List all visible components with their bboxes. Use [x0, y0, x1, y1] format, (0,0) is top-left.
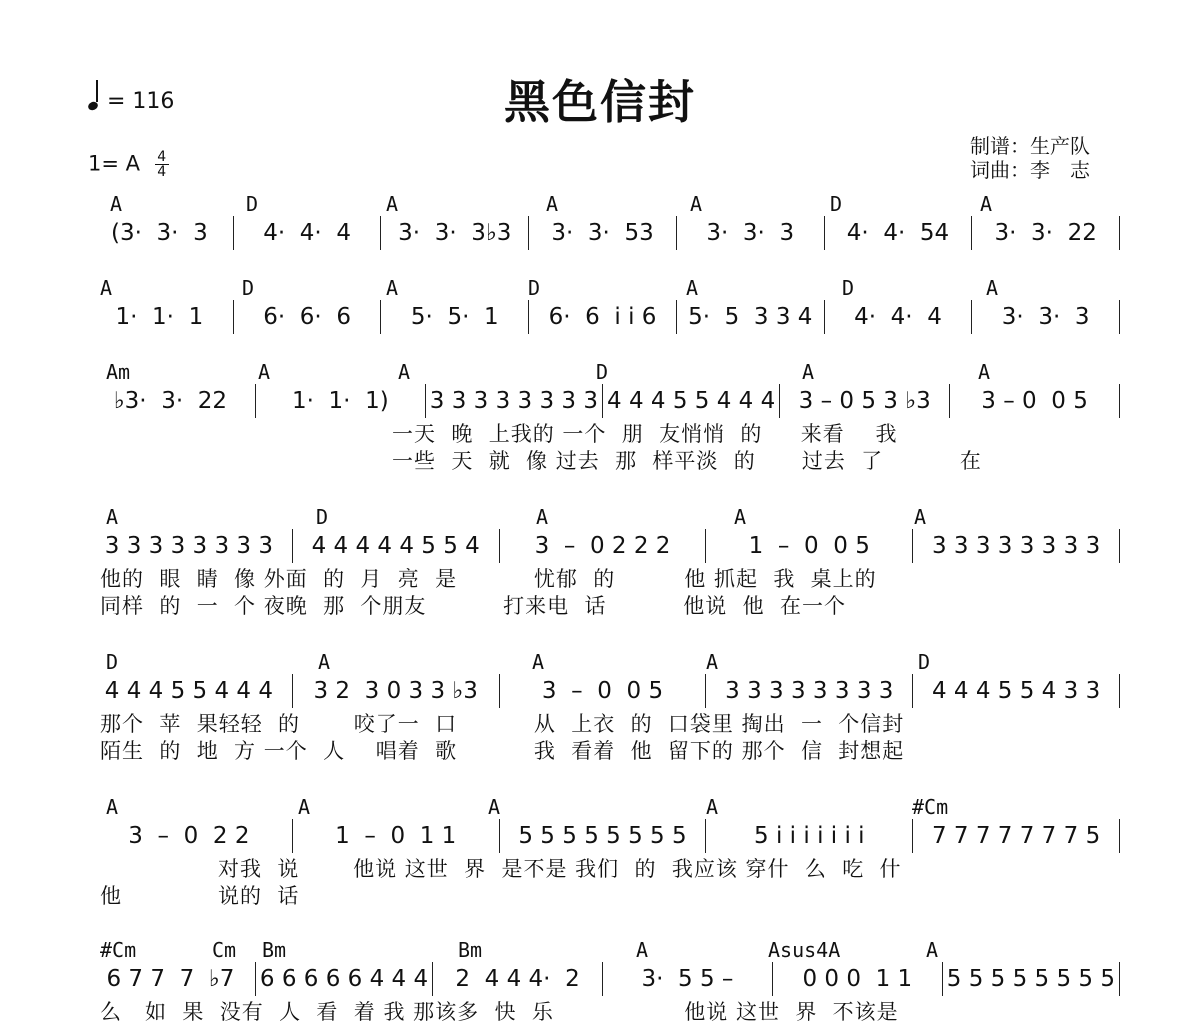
chord-symbol: #Cm	[912, 795, 948, 819]
measure: 3 3 3 3 3 3 3 3	[913, 529, 1120, 563]
score-line: ADAAA3 3 3 3 3 3 3 34 4 4 4 4 5 5 43 – 0…	[86, 505, 1120, 617]
measure: 3 – 0 0 5	[500, 674, 707, 708]
chord-symbol: A	[802, 360, 814, 384]
measure: 4 4 4 5 5 4 4 4	[86, 674, 293, 708]
score-line: #CmCmBmBmAAsus4AA6 7 7 7 ♭76 6 6 6 6 4 4…	[86, 938, 1120, 1023]
chord-symbol: A	[318, 650, 330, 674]
measure: 5 5 5 5 5 5 5 5	[500, 819, 707, 853]
measure: 5· 5· 1	[381, 300, 529, 334]
measure: 3· 3· 53	[529, 216, 677, 250]
chord-symbol: D	[596, 360, 608, 384]
chord-symbol: A	[536, 505, 548, 529]
measure: (3· 3· 3	[86, 216, 234, 250]
lyric-text: 对我 说 他说 这世 界 是不是 我们 的 我应该 穿什 么 吃 什	[218, 853, 902, 883]
chord-symbol: D	[918, 650, 930, 674]
measure: 6 7 7 7 ♭7	[86, 962, 256, 996]
measure: 1· 1· 1	[86, 300, 234, 334]
chord-symbol: Bm	[262, 938, 286, 962]
time-signature: 4 4	[155, 150, 169, 179]
lyric-text: 么 如 果 没有 人 看 着 我 那该多 快 乐 他说 这世 界 不该是	[100, 996, 899, 1026]
measure: 1 – 0 1 1	[293, 819, 500, 853]
credit-lyrics-music: 词曲：李 志	[970, 158, 1090, 182]
measure: 6 6 6 6 6 4 4 4	[256, 962, 433, 996]
chord-symbol: D	[246, 192, 258, 216]
lyrics-verse-2: 一些 天 就 像 过去 那 样平淡 的 过去 了 在	[86, 445, 1120, 472]
measure: 6· 6 i i 6	[529, 300, 677, 334]
lyric-text: 一天 晚 上我的 一个 朋 友悄悄 的 来看 我	[392, 418, 898, 448]
notation-line: (3· 3· 34· 4· 43· 3· 3♭33· 3· 533· 3· 34…	[86, 216, 1120, 250]
measure: 4· 4· 4	[234, 216, 382, 250]
chord-symbol: A	[398, 360, 410, 384]
notation-line: 1· 1· 16· 6· 65· 5· 16· 6 i i 65· 5 3 3 …	[86, 300, 1120, 334]
chord-line: ADAAADA	[86, 192, 1120, 216]
chord-line: #CmCmBmBmAAsus4AA	[86, 938, 1120, 962]
measure: 3 3 3 3 3 3 3 3	[426, 384, 603, 418]
lyric-text: 他的 眼 睛 像 外面 的 月 亮 是 忧郁 的 他 抓起 我 桌上的	[100, 563, 877, 593]
time-sig-bottom: 4	[157, 165, 166, 179]
chord-symbol: A	[686, 276, 698, 300]
measure: 4 4 4 5 5 4 3 3	[913, 674, 1120, 708]
chord-symbol: A	[690, 192, 702, 216]
measure: 1· 1· 1)	[256, 384, 426, 418]
credits: 制谱：生产队 词曲：李 志	[970, 134, 1090, 182]
chord-symbol: A	[258, 360, 270, 384]
lyric-text: 那个 苹 果轻轻 的 咬了一 口 从 上衣 的 口袋里 掏出 一 个信封	[100, 708, 904, 738]
chord-symbol: Asus4A	[768, 938, 840, 962]
chord-symbol: A	[734, 505, 746, 529]
score-line: DAAAD4 4 4 5 5 4 4 43 2 3 0 3 3 ♭33 – 0 …	[86, 650, 1120, 762]
chord-symbol: A	[106, 795, 118, 819]
score-line: AAAA#Cm3 – 0 2 21 – 0 1 15 5 5 5 5 5 5 5…	[86, 795, 1120, 907]
chord-symbol: #Cm	[100, 938, 136, 962]
key-signature: 1= A 4 4	[88, 150, 169, 179]
measure: 3· 3· 3♭3	[381, 216, 529, 250]
chord-symbol: A	[386, 276, 398, 300]
chord-symbol: A	[980, 192, 992, 216]
chord-symbol: Cm	[212, 938, 236, 962]
chord-line: ADAAA	[86, 505, 1120, 529]
chord-symbol: A	[978, 360, 990, 384]
measure: 5 5 5 5 5 5 5 5	[943, 962, 1120, 996]
chord-symbol: Am	[106, 360, 130, 384]
measure: 3· 3· 3	[972, 300, 1120, 334]
chord-line: AAAA#Cm	[86, 795, 1120, 819]
chord-line: ADADADA	[86, 276, 1120, 300]
measure: 3 3 3 3 3 3 3 3	[706, 674, 913, 708]
chord-line: DAAAD	[86, 650, 1120, 674]
lyrics-verse-1: 对我 说 他说 这世 界 是不是 我们 的 我应该 穿什 么 吃 什	[86, 853, 1120, 880]
measure: 3 – 0 5 3 ♭3	[780, 384, 950, 418]
time-sig-top: 4	[157, 150, 166, 164]
measure: 4· 4· 4	[825, 300, 973, 334]
chord-symbol: Bm	[458, 938, 482, 962]
chord-symbol: A	[914, 505, 926, 529]
measure: 4 4 4 5 5 4 4 4	[603, 384, 780, 418]
measure: 3· 5 5 –	[603, 962, 773, 996]
lyrics-verse-1: 他的 眼 睛 像 外面 的 月 亮 是 忧郁 的 他 抓起 我 桌上的	[86, 563, 1120, 590]
notation-line: 3 – 0 2 21 – 0 1 15 5 5 5 5 5 5 55 i i i…	[86, 819, 1120, 853]
chord-symbol: A	[386, 192, 398, 216]
chord-symbol: D	[242, 276, 254, 300]
chord-symbol: A	[110, 192, 122, 216]
notation-line: ♭3· 3· 221· 1· 1)3 3 3 3 3 3 3 34 4 4 5 …	[86, 384, 1120, 418]
chord-symbol: D	[842, 276, 854, 300]
chord-symbol: A	[986, 276, 998, 300]
chord-symbol: D	[106, 650, 118, 674]
chord-symbol: A	[298, 795, 310, 819]
notation-line: 6 7 7 7 ♭76 6 6 6 6 4 4 42 4 4 4· 23· 5 …	[86, 962, 1120, 996]
chord-symbol: D	[528, 276, 540, 300]
chord-symbol: A	[488, 795, 500, 819]
chord-symbol: A	[532, 650, 544, 674]
lyrics-verse-2: 他说的 话	[86, 880, 1120, 907]
lyric-text: 同样 的 一 个 夜晚 那 个朋友 打来电 话 他说 他 在一个	[100, 590, 846, 620]
chord-symbol: D	[830, 192, 842, 216]
chord-symbol: A	[706, 650, 718, 674]
notation-line: 3 3 3 3 3 3 3 34 4 4 4 4 5 5 43 – 0 2 2 …	[86, 529, 1120, 563]
measure: 3· 3· 22	[972, 216, 1120, 250]
score-line: ADAAADA(3· 3· 34· 4· 43· 3· 3♭33· 3· 533…	[86, 192, 1120, 250]
notation-line: 4 4 4 5 5 4 4 43 2 3 0 3 3 ♭33 – 0 0 53 …	[86, 674, 1120, 708]
chord-line: AmAADAA	[86, 360, 1120, 384]
chord-symbol: A	[926, 938, 938, 962]
chord-symbol: D	[316, 505, 328, 529]
lyric-text: 他	[100, 880, 122, 910]
measure: 6· 6· 6	[234, 300, 382, 334]
measure: 4· 4· 54	[825, 216, 973, 250]
score-line: ADADADA1· 1· 16· 6· 65· 5· 16· 6 i i 65·…	[86, 276, 1120, 334]
lyrics-verse-2: 陌生 的 地 方 一个 人 唱着 歌 我 看着 他 留下的 那个 信 封想起	[86, 735, 1120, 762]
measure: 5· 5 3 3 4	[677, 300, 825, 334]
measure: 3 – 0 0 5	[950, 384, 1120, 418]
measure: 2 4 4 4· 2	[433, 962, 603, 996]
measure: 3 – 0 2 2 2	[500, 529, 707, 563]
chord-symbol: A	[706, 795, 718, 819]
measure: 3· 3· 3	[677, 216, 825, 250]
measure: 7 7 7 7 7 7 7 5	[913, 819, 1120, 853]
credit-arranger: 制谱：生产队	[970, 134, 1090, 158]
lyrics-verse-1: 么 如 果 没有 人 看 着 我 那该多 快 乐 他说 这世 界 不该是	[86, 996, 1120, 1023]
chord-symbol: A	[106, 505, 118, 529]
chord-symbol: A	[546, 192, 558, 216]
lyrics-verse-1: 一天 晚 上我的 一个 朋 友悄悄 的 来看 我	[86, 418, 1120, 445]
score-line: AmAADAA♭3· 3· 221· 1· 1)3 3 3 3 3 3 3 34…	[86, 360, 1120, 472]
measure: 1 – 0 0 5	[706, 529, 913, 563]
lyric-text: 说的 话	[218, 880, 299, 910]
measure: ♭3· 3· 22	[86, 384, 256, 418]
lyrics-verse-1: 那个 苹 果轻轻 的 咬了一 口 从 上衣 的 口袋里 掏出 一 个信封	[86, 708, 1120, 735]
song-title: 黑色信封	[0, 66, 1200, 132]
lyrics-verse-2: 同样 的 一 个 夜晚 那 个朋友 打来电 话 他说 他 在一个	[86, 590, 1120, 617]
measure: 0 0 0 1 1	[773, 962, 943, 996]
measure: 3 3 3 3 3 3 3 3	[86, 529, 293, 563]
chord-symbol: A	[100, 276, 112, 300]
chord-symbol: A	[636, 938, 648, 962]
key-label: 1= A	[88, 152, 140, 176]
measure: 5 i i i i i i i	[706, 819, 913, 853]
measure: 3 – 0 2 2	[86, 819, 293, 853]
lyric-text: 陌生 的 地 方 一个 人 唱着 歌 我 看着 他 留下的 那个 信 封想起	[100, 735, 904, 765]
measure: 3 2 3 0 3 3 ♭3	[293, 674, 500, 708]
lyric-text: 一些 天 就 像 过去 那 样平淡 的 过去 了 在	[392, 445, 982, 475]
measure: 4 4 4 4 4 5 5 4	[293, 529, 500, 563]
